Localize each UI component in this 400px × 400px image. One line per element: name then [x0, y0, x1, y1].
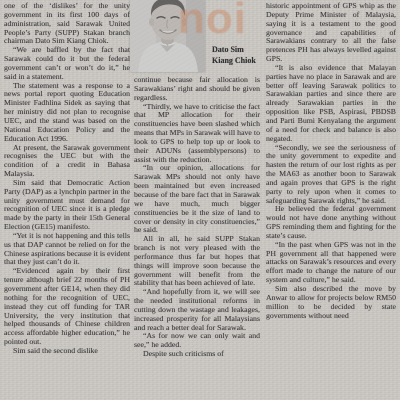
article-column-1: one of the ‘dislikes’ for the unity gove…	[4, 0, 130, 400]
article-paragraph: “It is also evidence that Malayan partie…	[266, 64, 396, 144]
photo-caption: Dato Sim Kiang Chiok	[212, 45, 267, 66]
portrait-photo-art	[130, 0, 205, 72]
article-paragraph: All in all, he said SUPP Stakan branch i…	[134, 235, 260, 288]
article-paragraph: He believed the federal government would…	[266, 205, 396, 240]
article-paragraph: “We are baffled by the fact that Sarawak…	[4, 46, 130, 81]
article-paragraph: continue because fair allocation is Sara…	[134, 76, 260, 103]
article-paragraph: “In our opinion, allocations for Sarawak…	[134, 164, 260, 235]
newspaper-page: noi	[0, 0, 400, 400]
photo-caption-line2: Kiang Chiok	[212, 56, 267, 67]
article-column-2-text: continue because fair allocation is Sara…	[134, 76, 260, 359]
article-paragraph: Sim said the second dislike	[4, 347, 130, 356]
article-paragraph: historic appointment of GPS whip as the …	[266, 2, 396, 64]
article-paragraph: “Yet it is not happening and this tells …	[4, 232, 130, 267]
article-paragraph: “Secondly, we see the seriousness of the…	[266, 144, 396, 206]
article-paragraph: “Evidenced again by their first tenure a…	[4, 267, 130, 347]
photo-caption-line1: Dato Sim	[212, 45, 267, 56]
portrait-photo	[130, 0, 205, 72]
article-column-3: historic appointment of GPS whip as the …	[266, 0, 396, 400]
article-paragraph: “Thirdly, we have to criticise the fact …	[134, 103, 260, 165]
article-paragraph: “And hopefully from it, we will see the …	[134, 288, 260, 332]
article-paragraph: At present, the Sarawak government recog…	[4, 144, 130, 179]
article-paragraph: The statement was a response to a news p…	[4, 82, 130, 144]
article-paragraph: Sim said that Democratic Action Party (D…	[4, 179, 130, 232]
article-paragraph: one of the ‘dislikes’ for the unity gove…	[4, 2, 130, 46]
article-paragraph: “In the past when GPS was not in the PH …	[266, 241, 396, 285]
article-paragraph: “As for now we can only wait and see,” h…	[134, 332, 260, 350]
article-paragraph: Despite such criticisms of	[134, 350, 260, 359]
article-paragraph: Sim also described the move by Anwar to …	[266, 285, 396, 320]
